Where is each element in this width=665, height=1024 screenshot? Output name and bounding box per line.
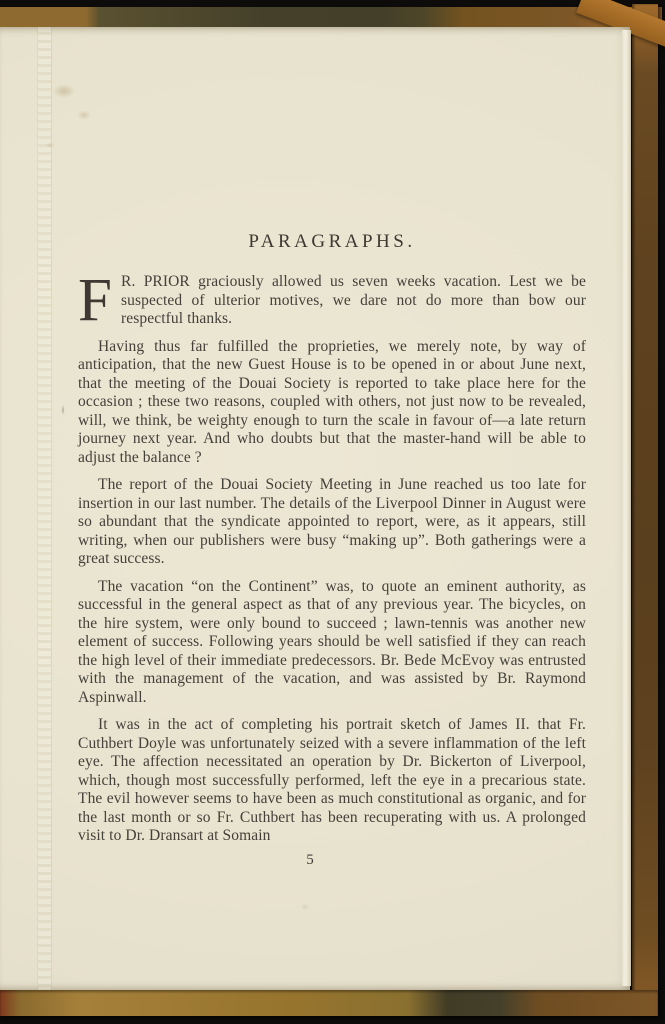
page-title: PARAGRAPHS. (78, 230, 586, 254)
paragraph-text: R. PRIOR graciously allowed us seven wee… (121, 273, 586, 327)
drop-cap: F (78, 273, 121, 325)
paragraph: The report of the Douai Society Meeting … (78, 476, 586, 569)
paragraph: FR. PRIOR graciously allowed us seven we… (78, 273, 586, 329)
book-cover-top-edge (0, 7, 662, 28)
book-page: PARAGRAPHS. FR. PRIOR graciously allowed… (0, 27, 630, 990)
binding-stitch (38, 27, 51, 990)
scanned-book-page: PARAGRAPHS. FR. PRIOR graciously allowed… (0, 0, 665, 1024)
paragraph: It was in the act of completing his port… (78, 716, 586, 846)
page-stack-edge (622, 30, 631, 986)
book-cover-bottom-edge (0, 990, 658, 1016)
page-number: 5 (78, 851, 586, 870)
paragraph: Having thus far fulfilled the proprietie… (78, 338, 586, 468)
book-cover-right-edge (632, 4, 658, 1016)
text-block: PARAGRAPHS. FR. PRIOR graciously allowed… (78, 230, 586, 869)
paragraph: The vacation “on the Continent” was, to … (78, 578, 586, 708)
